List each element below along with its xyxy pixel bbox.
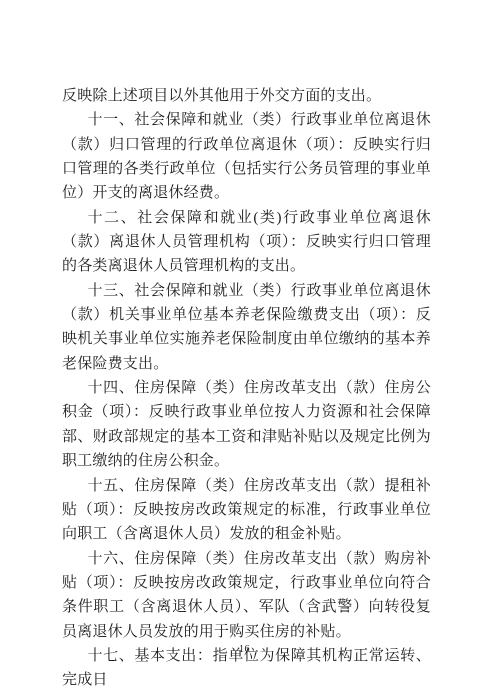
- paragraph: 十一、社会保障和就业（类）行政事业单位离退休（款）归口管理的行政单位离退休（项）…: [62, 108, 431, 205]
- paragraph: 十五、住房保障（类）住房改革支出（款）提租补贴（项）：反映按房改政策规定的标准，…: [62, 474, 431, 547]
- paragraph: 十六、住房保障（类）住房改革支出（款）购房补贴（项）：反映按房改政策规定，行政事…: [62, 547, 431, 644]
- paragraph: 十三、社会保障和就业（类）行政事业单位离退休（款）机关事业单位基本养老保险缴费支…: [62, 279, 431, 376]
- document-page: 反映除上述项目以外其他用于外交方面的支出。十一、社会保障和就业（类）行政事业单位…: [0, 0, 489, 696]
- text-block: 反映除上述项目以外其他用于外交方面的支出。十一、社会保障和就业（类）行政事业单位…: [62, 84, 431, 693]
- page-number: 16: [0, 644, 489, 655]
- paragraph: 十二、社会保障和就业(类)行政事业单位离退休（款）离退休人员管理机构（项）：反映…: [62, 206, 431, 279]
- paragraph: 反映除上述项目以外其他用于外交方面的支出。: [62, 84, 431, 108]
- paragraph: 十四、住房保障（类）住房改革支出（款）住房公积金（项）：反映行政事业单位按人力资…: [62, 376, 431, 473]
